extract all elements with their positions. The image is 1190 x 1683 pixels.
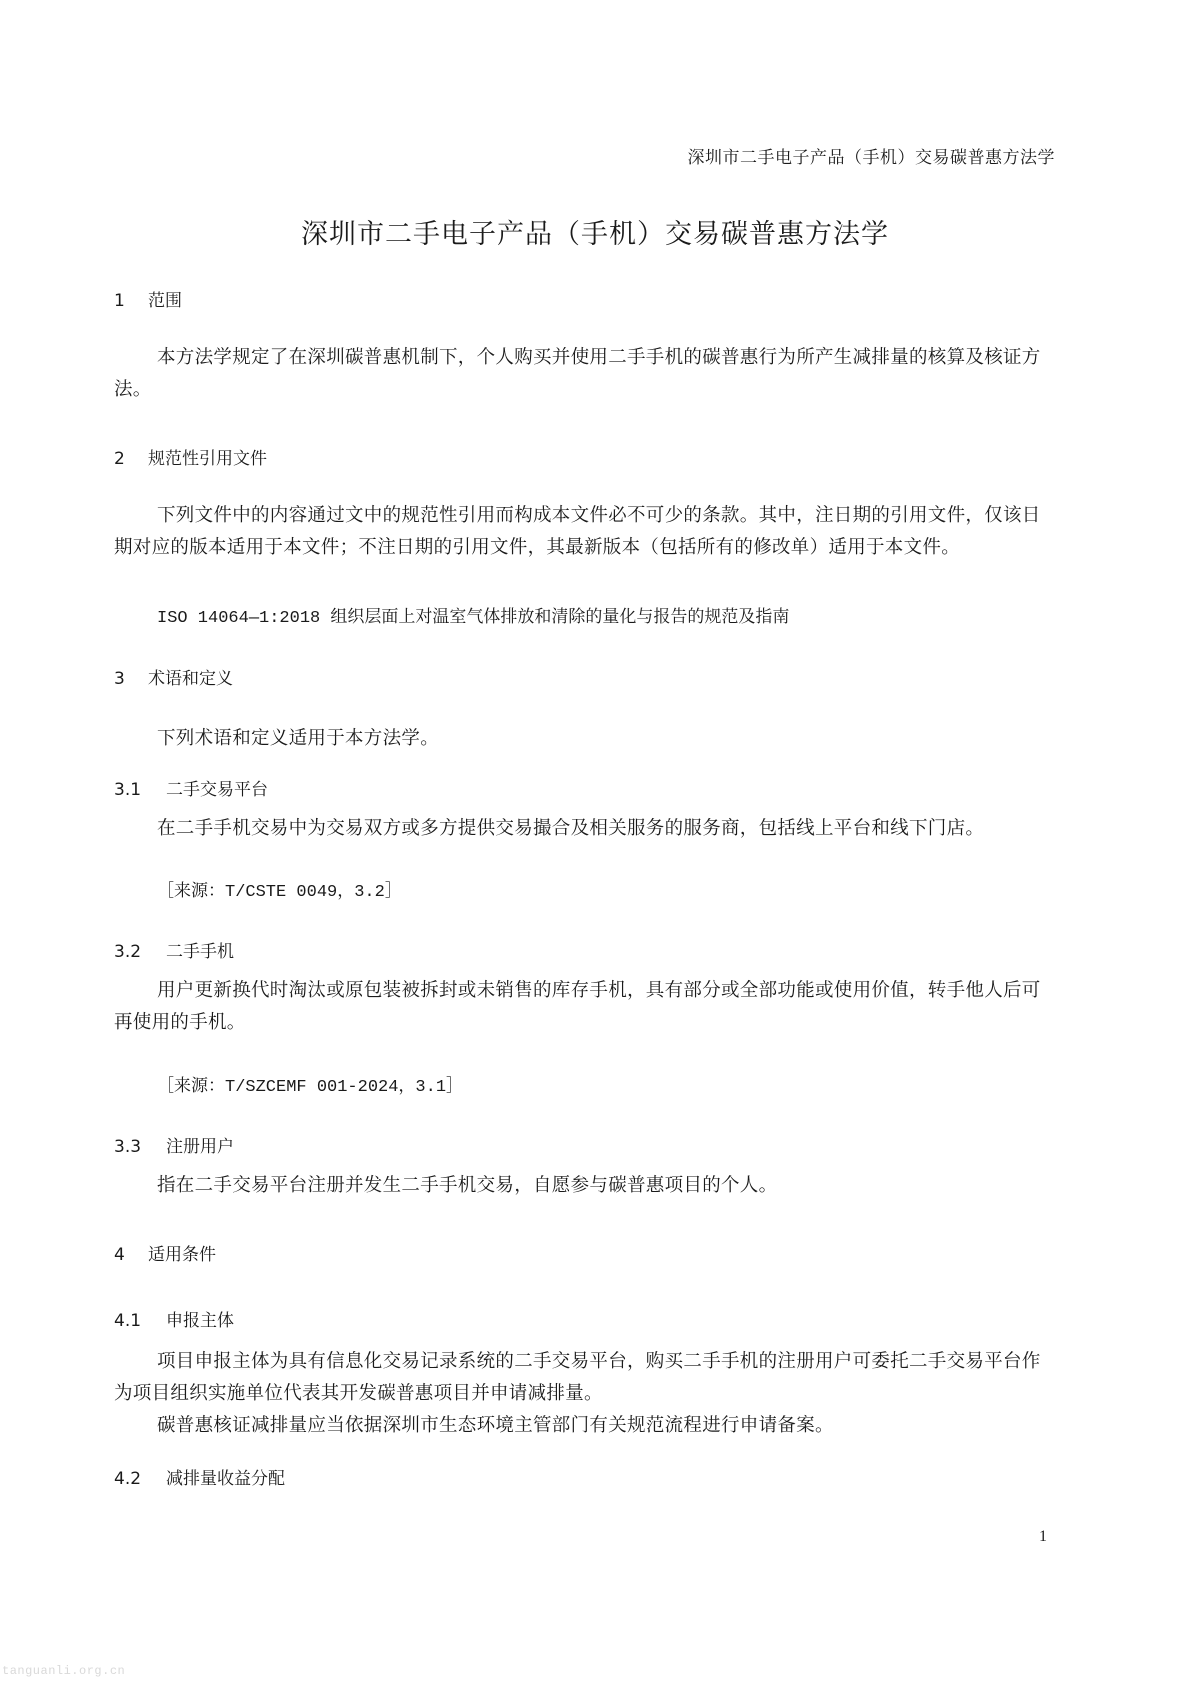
section-number: 1 — [114, 291, 148, 311]
section-heading-1: 1范围 — [114, 286, 182, 311]
subsection-title: 减排量收益分配 — [166, 1469, 285, 1489]
subsection-title: 二手手机 — [166, 942, 234, 962]
subsection-number: 4.1 — [114, 1311, 166, 1331]
section-number: 2 — [114, 449, 148, 469]
paragraph-filing: 碳普惠核证减排量应当依据深圳市生态环境主管部门有关规范流程进行申请备案。 — [114, 1410, 1059, 1442]
section-number: 4 — [114, 1245, 148, 1265]
paragraph-applicant: 项目申报主体为具有信息化交易记录系统的二手交易平台，购买二手手机的注册用户可委托… — [114, 1346, 1059, 1410]
definition-text: 在二手手机交易中为交易双方或多方提供交易撮合及相关服务的服务商，包括线上平台和线… — [114, 813, 1059, 845]
document-page: 深圳市二手电子产品（手机）交易碳普惠方法学 深圳市二手电子产品（手机）交易碳普惠… — [0, 0, 1190, 1683]
subsection-title: 注册用户 — [166, 1137, 234, 1157]
section-heading-3: 3术语和定义 — [114, 664, 233, 689]
subsection-title: 申报主体 — [166, 1311, 234, 1331]
definition-text: 用户更新换代时淘汰或原包装被拆封或未销售的库存手机，具有部分或全部功能或使用价值… — [114, 975, 1059, 1039]
section-title: 适用条件 — [148, 1245, 216, 1265]
subsection-heading-3-3: 3.3注册用户 — [114, 1132, 234, 1157]
paragraph-normative-references: 下列文件中的内容通过文中的规范性引用而构成本文件必不可少的条款。其中，注日期的引… — [114, 500, 1059, 564]
subsection-number: 3.3 — [114, 1137, 166, 1157]
section-heading-2: 2规范性引用文件 — [114, 444, 267, 469]
page-number: 1 — [1039, 1528, 1047, 1546]
subsection-heading-3-2: 3.2二手手机 — [114, 937, 234, 962]
subsection-heading-3-1: 3.1二手交易平台 — [114, 775, 268, 800]
section-title: 术语和定义 — [148, 669, 233, 689]
subsection-heading-4-1: 4.1申报主体 — [114, 1306, 234, 1331]
section-title: 范围 — [148, 291, 182, 311]
definition-source: ［来源：T/CSTE 0049，3.2］ — [157, 876, 402, 902]
running-header: 深圳市二手电子产品（手机）交易碳普惠方法学 — [688, 143, 1056, 168]
definition-source: ［来源：T/SZCEMF 001-2024，3.1］ — [157, 1071, 463, 1097]
reference-item: ISO 14064—1:2018 组织层面上对温室气体排放和清除的量化与报告的规… — [157, 602, 789, 628]
paragraph-terms-intro: 下列术语和定义适用于本方法学。 — [114, 723, 1059, 755]
subsection-number: 3.1 — [114, 780, 166, 800]
watermark: tanguanli.org.cn — [2, 1664, 125, 1678]
section-title: 规范性引用文件 — [148, 449, 267, 469]
subsection-number: 3.2 — [114, 942, 166, 962]
definition-text: 指在二手交易平台注册并发生二手手机交易，自愿参与碳普惠项目的个人。 — [114, 1170, 1059, 1202]
document-title: 深圳市二手电子产品（手机）交易碳普惠方法学 — [0, 212, 1190, 251]
paragraph-scope: 本方法学规定了在深圳碳普惠机制下，个人购买并使用二手手机的碳普惠行为所产生减排量… — [114, 342, 1059, 406]
subsection-title: 二手交易平台 — [166, 780, 268, 800]
section-heading-4: 4适用条件 — [114, 1240, 216, 1265]
subsection-number: 4.2 — [114, 1469, 166, 1489]
section-number: 3 — [114, 669, 148, 689]
subsection-heading-4-2: 4.2减排量收益分配 — [114, 1464, 285, 1489]
